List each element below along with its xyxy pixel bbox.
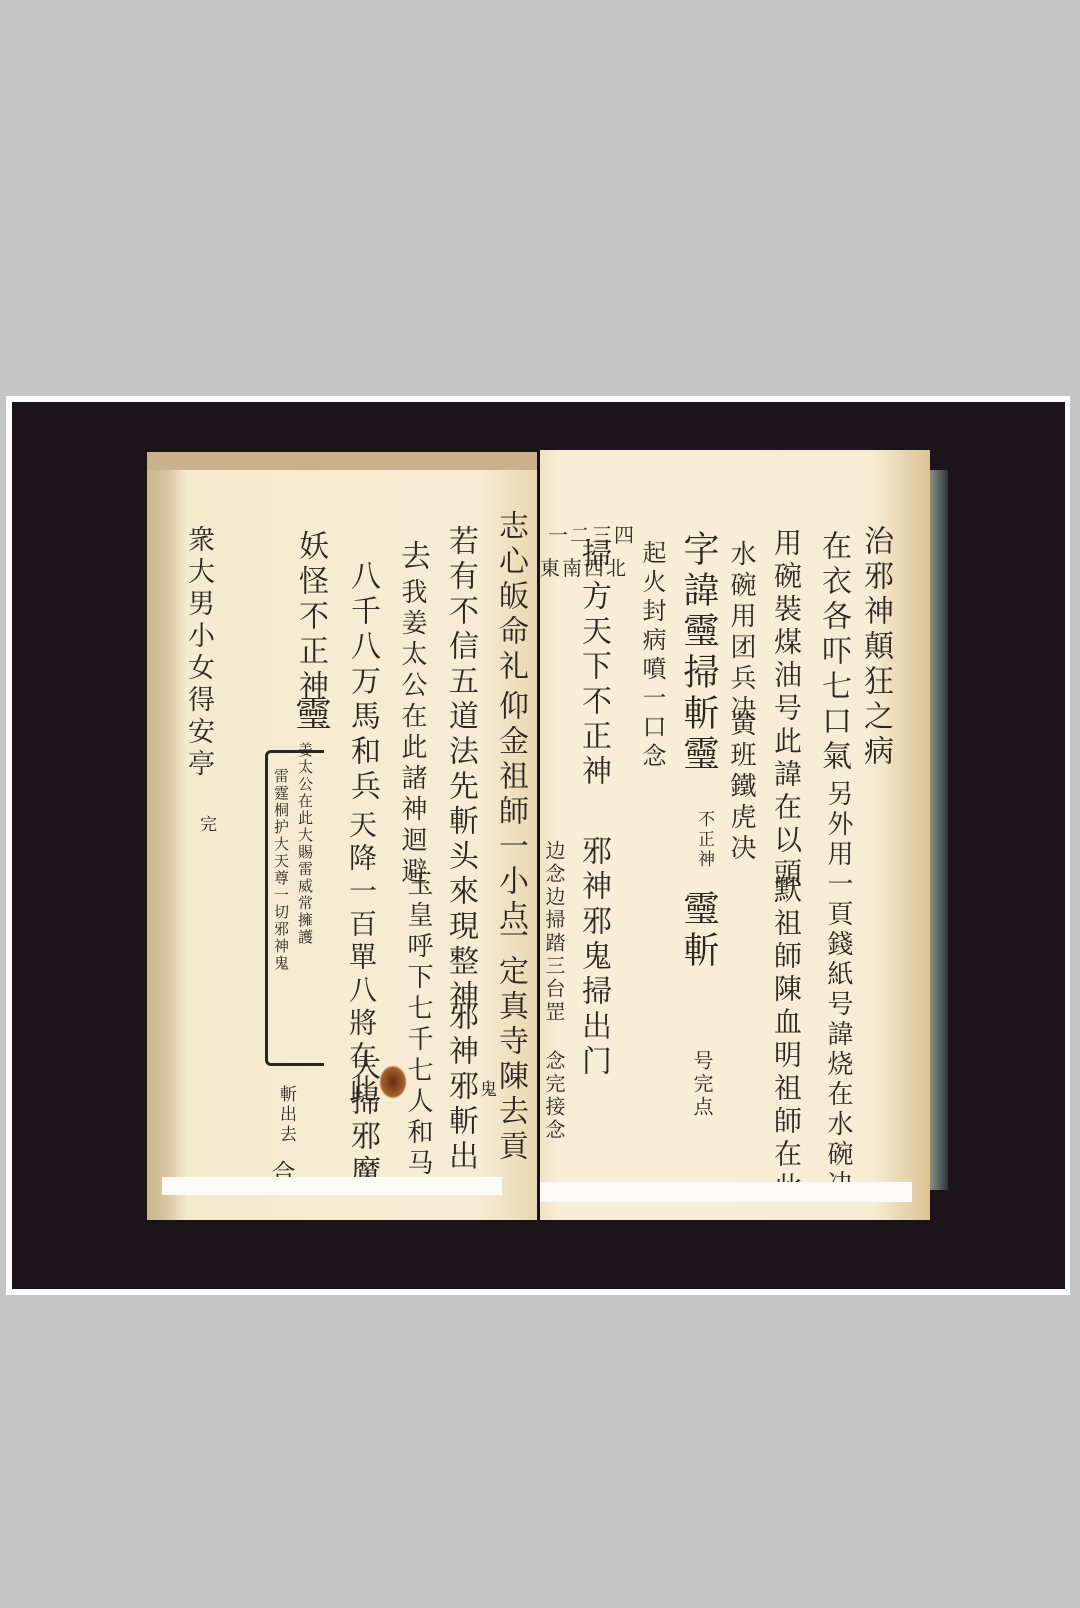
text-column: 先斬头來現整神 (445, 770, 475, 1015)
text-column: 用碗裝煤油号此諱在以頭 (772, 528, 800, 891)
text-column: 一定真寺陳去貢 (495, 920, 525, 1165)
left-page: 志心皈命礼 仰金祖師一小点 一定真寺陳去貢 若有不信五道法 先斬头來現整神 邪神… (147, 452, 537, 1220)
text-column: 𩆜 (292, 695, 328, 736)
text-column: 仰金祖師一小点 (495, 690, 525, 935)
text-column: 邪神邪斬出 (445, 1000, 475, 1175)
text-column: 字諱𩆜掃斬𩆜 (680, 530, 716, 776)
text-column: 起火封病噴一口念 (640, 540, 664, 772)
text-column: 水碗用团兵决 (728, 540, 754, 726)
paper-tab (540, 1182, 912, 1202)
paper-tab (162, 1177, 502, 1195)
text-annotation: 完 (197, 815, 214, 835)
text-column: 志心皈命礼 (495, 510, 525, 685)
text-column: 大掃邪魔 (347, 1050, 377, 1190)
text-column: 方天下不正神 (578, 580, 608, 790)
text-column: 𩆜斬 (680, 890, 716, 972)
text-column: 妖怪不正神 (295, 530, 325, 705)
text-annotation: 不正神 (695, 810, 712, 870)
text-column: 八千八万馬和兵 (347, 560, 377, 805)
text-column: 掃 (578, 538, 608, 573)
text-annotation: 斬出去 (277, 1085, 294, 1145)
right-page: 治邪神顛狂之病 在衣各吓七口氣 另外用一頁錢紙号諱烧在水碗决 用碗裝煤油号此諱在… (540, 450, 930, 1220)
text-annotation: 雷霆桐护大天尊一切邪神鬼 (273, 768, 288, 972)
text-column: 若有不信五道法 (445, 525, 475, 770)
page-edges (930, 470, 948, 1190)
text-column: 邪神邪鬼掃出门 (578, 835, 608, 1080)
text-column: 另外用一頁錢紙号諱烧在水碗决 (825, 780, 851, 1200)
text-column: 衆大男小女得安亭 (185, 525, 212, 781)
text-column: 默祖師陳血明祖師在此 (772, 875, 800, 1205)
text-annotation: 边念边掃踏三台罡 (544, 840, 564, 1024)
text-annotation: 鬼 (477, 1080, 494, 1100)
text-annotation: 号完点 (692, 1050, 712, 1119)
text-column: 黃班鐵虎决 (728, 710, 754, 865)
text-annotation: 念完接念 (544, 1050, 564, 1142)
stain (379, 1065, 407, 1099)
text-column: 在衣各吓七口氣 (818, 530, 848, 775)
text-annotation: 姜太公在此大賜雷威常擁護 (297, 742, 312, 946)
text-column: 治邪神顛狂之病 (860, 525, 890, 770)
manuscript-photo: 志心皈命礼 仰金祖師一小点 一定真寺陳去貢 若有不信五道法 先斬头來現整神 邪神… (12, 402, 1065, 1289)
text-column: 我姜太公在此諸神迴避 (399, 578, 425, 888)
text-column: 去 (397, 540, 427, 575)
text-column: 玉皇呼下七千七人和马 (405, 870, 431, 1180)
